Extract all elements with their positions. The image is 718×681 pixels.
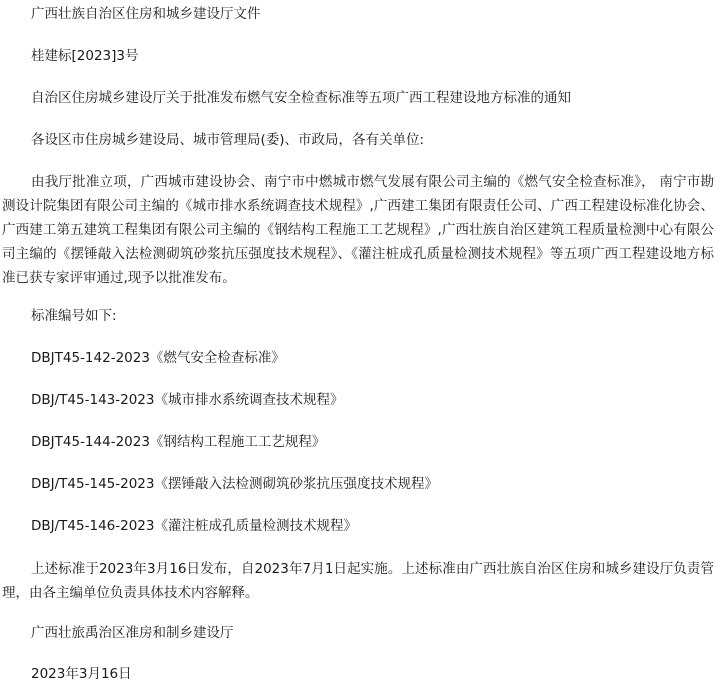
standard-item: DBJT45-144-2023《钢结构工程施工工艺规程》 — [31, 432, 325, 452]
standard-item: DBJ/T45-143-2023《城市排水系统调查技术规程》 — [31, 390, 343, 410]
body-paragraph-1: 由我厅批准立项，广西城市建设协会、南宁市中燃城市燃气发展有限公司主编的《燃气安全… — [2, 170, 714, 290]
standard-item: DBJ/T45-146-2023《灌注桩成孔质量检测技术规程》 — [31, 516, 357, 536]
standard-item: DBJT45-142-2023《燃气安全检查标准》 — [31, 348, 285, 368]
body-paragraph-2: 上述标准于2023年3月16日发布，自2023年7月1日起实施。上述标准由广西壮… — [2, 557, 714, 605]
addressee: 各设区市住房城乡建设局、城市管理局(委)、市政局，各有关单位: — [31, 130, 424, 150]
standard-item: DBJ/T45-145-2023《摆锤敲入法检测砌筑砂浆抗压强度技术规程》 — [31, 474, 438, 494]
document-title: 自治区住房城乡建设厅关于批准发布燃气安全检查标准等五项广西工程建设地方标准的通知 — [31, 88, 571, 108]
standards-intro: 标准编号如下: — [31, 306, 117, 326]
document-date: 2023年3月16日 — [31, 664, 132, 681]
document-number: 桂建标[2023]3号 — [31, 46, 138, 66]
document: 广西壮族自治区住房和城乡建设厅文件 桂建标[2023]3号 自治区住房城乡建设厅… — [0, 0, 718, 681]
signature: 广西壮旅禹治区准房和制乡建设厅 — [31, 623, 234, 643]
document-header: 广西壮族自治区住房和城乡建设厅文件 — [31, 4, 261, 24]
